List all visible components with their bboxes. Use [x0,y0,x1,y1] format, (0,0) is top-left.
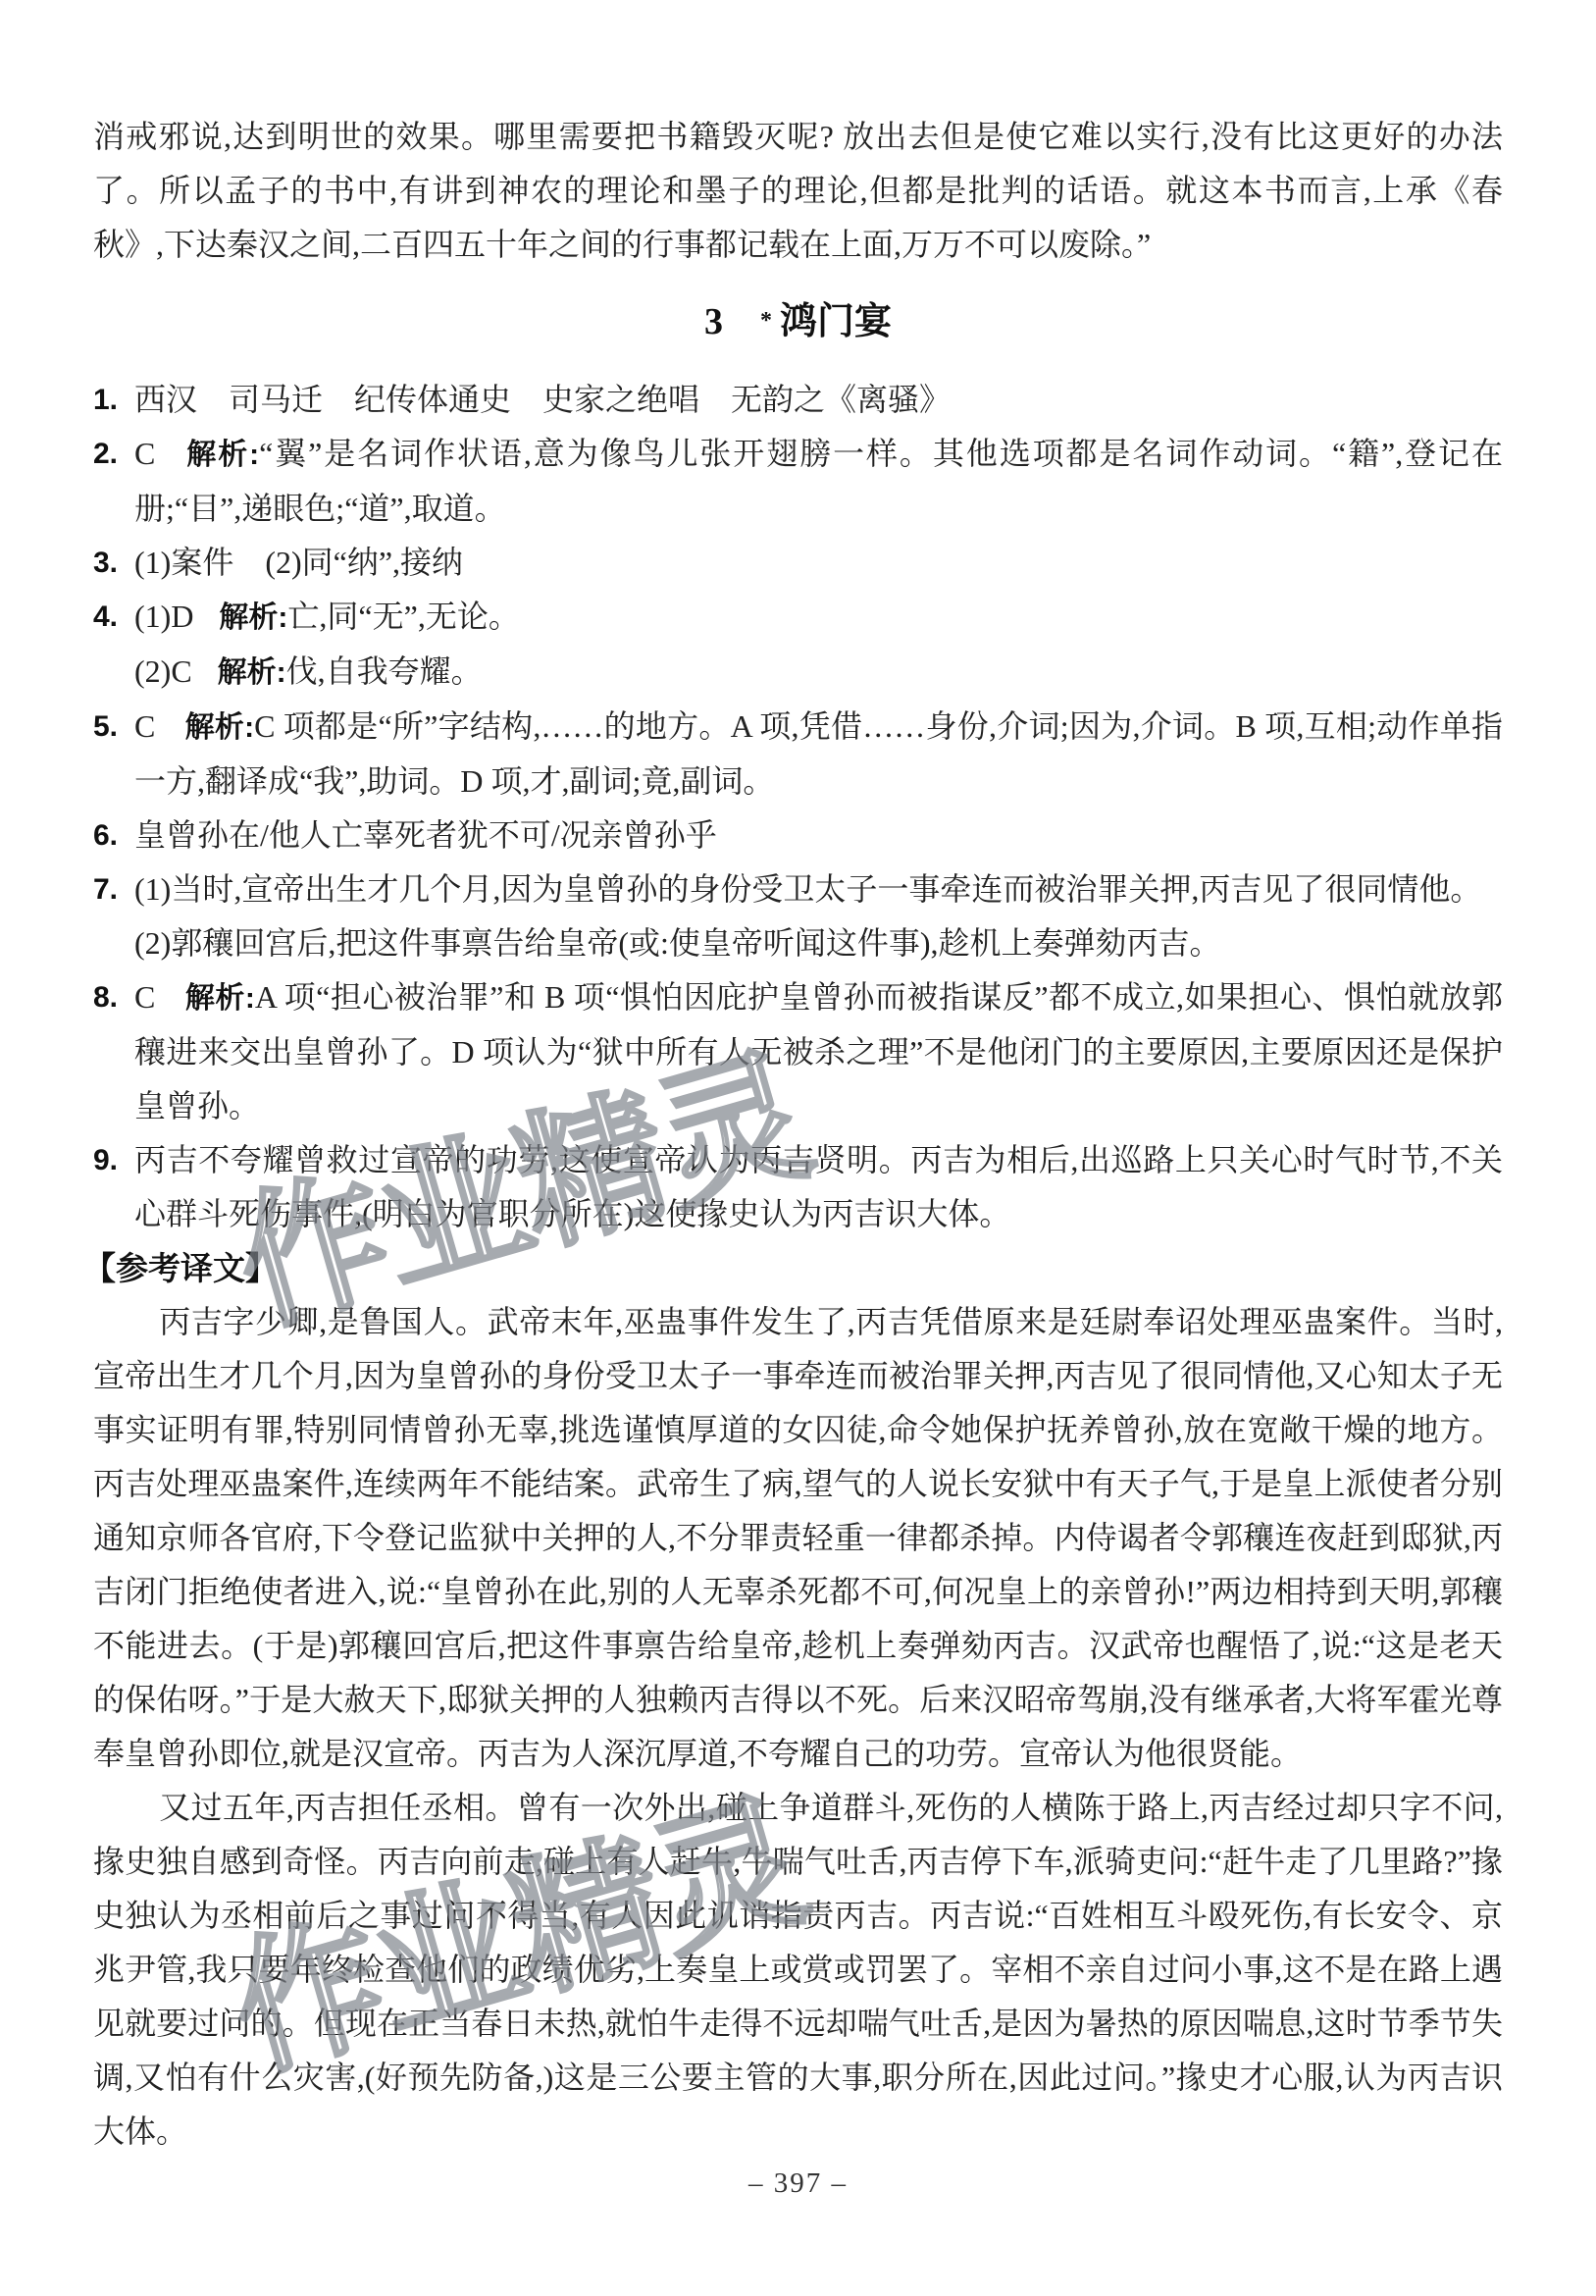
answer-item-1: 1. 西汉 司马迁 纪传体通史 史家之绝唱 无韵之《离骚》 [93,373,1503,427]
answer-item-9: 9. 丙吉不夸耀曾救过宣帝的功劳,这使宣帝认为丙吉贤明。丙吉为相后,出巡路上只关… [93,1133,1503,1241]
item-number: 9. [93,1133,118,1187]
translation-paragraph-1: 丙吉字少卿,是鲁国人。武帝末年,巫蛊事件发生了,丙吉凭借原来是廷尉奉诏处理巫蛊案… [93,1295,1503,1781]
translation-paragraph-2: 又过五年,丙吉担任丞相。曾有一次外出,碰上争道群斗,死伤的人横陈于路上,丙吉经过… [93,1781,1503,2159]
answer-item-4: 4. (1)D解析:亡,同“无”,无论。 (2)C解析:伐,自我夸耀。 [93,590,1503,700]
item-body: 西汉 司马迁 纪传体通史 史家之绝唱 无韵之《离骚》 [134,382,951,417]
item-body: 丙吉不夸耀曾救过宣帝的功劳,这使宣帝认为丙吉贤明。丙吉为相后,出巡路上只关心时气… [134,1142,1503,1231]
sub-answer-2: (2)C解析:伐,自我夸耀。 [134,645,1503,700]
answers-list: 1. 西汉 司马迁 纪传体通史 史家之绝唱 无韵之《离骚》 2. C解析:“翼”… [93,373,1503,1241]
analysis-label: 解析: [184,711,254,744]
asterisk-mark: * [760,308,772,334]
item-number: 3. [93,536,118,590]
answer-item-8: 8. C解析:A 项“担心被治罪”和 B 项“惧怕因庇护皇曾孙而被指谋反”都不成… [93,970,1503,1133]
item-body: A 项“担心被治罪”和 B 项“惧怕因庇护皇曾孙而被指谋反”都不成立,如果担心、… [134,979,1503,1123]
reference-translation-header: 【参考译文】 [83,1241,1503,1295]
item-number: 2. [93,427,118,481]
lesson-number: 3 [704,301,723,342]
answer-letter: C [134,436,155,471]
answer-item-5: 5. C解析:C 项都是“所”字结构,……的地方。A 项,凭借……身份,介词;因… [93,700,1503,809]
item-body: C 项都是“所”字结构,……的地方。A 项,凭借……身份,介词;因为,介词。B … [134,708,1503,799]
lesson-title: 3*鸿门宴 [93,291,1503,351]
intro-paragraph: 消戒邪说,达到明世的效果。哪里需要把书籍毁灭呢? 放出去但是使它难以实行,没有比… [93,110,1503,272]
sub-answer-1: (1)当时,宣帝出生才几个月,因为皇曾孙的身份受卫太子一事牵连而被治罪关押,丙吉… [134,862,1503,916]
item-body: “翼”是名词作状语,意为像鸟儿张开翅膀一样。其他选项都是名词作动词。“籍”,登记… [134,436,1503,526]
item-number: 8. [93,970,118,1024]
answer-page: 消戒邪说,达到明世的效果。哪里需要把书籍毁灭呢? 放出去但是使它难以实行,没有比… [0,0,1596,2296]
item-number: 7. [93,862,118,916]
item-body: 皇曾孙在/他人亡辜死者犹不可/况亲曾孙乎 [134,817,717,853]
page-number: – 397 – [0,2157,1596,2211]
sub-answer-letter: (1)D [134,599,193,634]
analysis-label: 解析: [184,982,254,1015]
item-body: (2)郭穰回宫后,把这件事禀告给皇帝(或:使皇帝听闻这件事),趁机上奏弹劾丙吉。 [134,925,1221,961]
item-number: 1. [93,373,118,427]
sub-answer-letter: (2)C [134,653,192,689]
sub-answer-2: (2)郭穰回宫后,把这件事禀告给皇帝(或:使皇帝听闻这件事),趁机上奏弹劾丙吉。 [134,916,1503,970]
item-body: (1)案件 (2)同“纳”,接纳 [134,545,463,580]
answer-item-7: 7. (1)当时,宣帝出生才几个月,因为皇曾孙的身份受卫太子一事牵连而被治罪关押… [93,862,1503,970]
answer-letter: C [134,708,155,744]
item-number: 4. [93,590,118,644]
analysis-label: 解析: [219,601,287,634]
answer-letter: C [134,979,155,1015]
item-number: 6. [93,809,118,862]
answer-item-6: 6. 皇曾孙在/他人亡辜死者犹不可/况亲曾孙乎 [93,809,1503,862]
analysis-label: 解析: [184,439,259,471]
analysis-label: 解析: [218,656,286,689]
lesson-name: 鸿门宴 [780,301,892,342]
sub-answer-1: (1)D解析:亡,同“无”,无论。 [134,590,1503,645]
answer-item-2: 2. C解析:“翼”是名词作状语,意为像鸟儿张开翅膀一样。其他选项都是名词作动词… [93,427,1503,536]
item-body: (1)当时,宣帝出生才几个月,因为皇曾孙的身份受卫太子一事牵连而被治罪关押,丙吉… [134,871,1481,907]
item-body: 伐,自我夸耀。 [286,653,483,689]
item-number: 5. [93,700,118,754]
answer-item-3: 3. (1)案件 (2)同“纳”,接纳 [93,536,1503,590]
item-body: 亡,同“无”,无论。 [287,599,519,634]
